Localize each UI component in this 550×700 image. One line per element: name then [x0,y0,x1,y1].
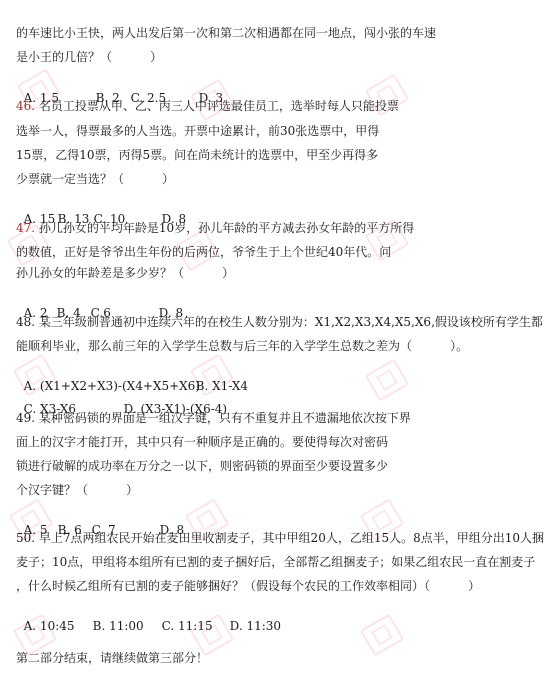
question-47-options: A. 2B. 4C.6D. 8 [16,289,183,305]
question-48-options: A. (X1+X2+X3)-(X4+X5+X6)B. X1-X4 [16,362,248,378]
question-48-text: 48. 某三年级制普通初中连续六年的在校生人数分别为：X1,X2,X3,X4,X… [16,314,543,330]
question-line: 名员工投票从甲、乙、丙三人中评选最佳员工，选举时每人只能投票 [39,99,399,113]
watermark-icon [360,614,404,657]
option-a: A. 10:45 [24,618,93,634]
question-49-text: 面上的汉字才能打开，其中只有一种顺序是正确的。要使得每次对密码 [16,434,388,450]
question-line: 某种密码锁的界面是一组汉字键，只有不重复并且不遗漏地依次按下界 [39,411,411,425]
question-50-text: 50. 早上7点两组农民开始在麦田里收割麦子，其中甲组20人，乙组15人。8点半… [16,530,544,546]
question-45-text: 是小王的几倍？（ ） [16,49,162,65]
question-47-text: 的数值，正好是爷爷出生年份的后两位，爷爷生于上个世纪40年代。问 [16,244,391,260]
question-46-options: A. 15B. 13C. 10D. 8 [16,195,186,211]
question-number: 46. [16,99,35,113]
question-49-text: 49. 某种密码锁的界面是一组汉字键，只有不重复并且不遗漏地依次按下界 [16,410,411,426]
question-46-text: 少票就一定当选？（ ） [16,171,174,187]
question-50-text: 麦子；10点，甲组将本组所有已割的麦子捆好后，全部帮乙组捆麦子；如果乙组农民一直… [16,554,535,570]
question-45-text: 的车速比小王快，两人出发后第一次和第二次相遇都在同一地点，闯小张的车速 [16,25,436,41]
option-c: C. 11:15 [162,618,230,634]
section-end-note: 第二部分结束，请继续做第三部分！ [16,650,208,666]
question-49-text: 个汉字键？（ ） [16,482,138,498]
question-47-text: 47. 孙儿孙女的平均年龄是10岁，孙儿年龄的平方减去孙女年龄的平方所得 [16,220,414,236]
question-number: 47. [16,221,35,235]
option-d: D. 11:30 [230,618,281,634]
question-line: 某三年级制普通初中连续六年的在校生人数分别为：X1,X2,X3,X4,X5,X6… [39,315,543,329]
question-number: 48. [16,315,35,329]
option-b: B. 11:00 [93,618,162,634]
question-line: 早上7点两组农民开始在麦田里收割麦子，其中甲组20人，乙组15人。8点半，甲组分… [39,531,544,545]
question-line: 孙儿孙女的平均年龄是10岁，孙儿年龄的平方减去孙女年龄的平方所得 [39,221,414,235]
question-49-options: A. 5B. 6C. 7D. 8 [16,506,184,522]
question-45-options: A. 1.5B. 2C. 2.5D. 3 [16,74,223,90]
question-46-text: 选举一人，得票最多的人当选。开票中途累计，前30张选票中，甲得 [16,123,379,139]
watermark-icon [365,359,409,402]
question-number: 50. [16,531,35,545]
question-47-text: 孙儿孙女的年龄差是多少岁？（ ） [16,265,234,281]
question-46-text: 15票，乙得10票，丙得5票。问在尚未统计的选票中，甲至少再得多 [16,147,378,163]
question-50-text: ，什么时候乙组所有已割的麦子能够捆好？（假设每个农民的工作效率相同）（ ） [16,578,480,594]
question-50-options: A. 10:45B. 11:00C. 11:15D. 11:30 [16,602,281,618]
question-number: 49. [16,411,35,425]
question-48-options: C. X3-X6D. (X3-X1)-(X6-4) [16,385,227,401]
question-48-text: 能顺利毕业，那么前三年的入学学生总数与后三年的入学学生总数之差为（ ）。 [16,338,468,354]
question-46-text: 46. 名员工投票从甲、乙、丙三人中评选最佳员工，选举时每人只能投票 [16,98,399,114]
question-49-text: 锁进行破解的成功率在万分之一以下，则密码锁的界面至少要设置多少 [16,458,388,474]
